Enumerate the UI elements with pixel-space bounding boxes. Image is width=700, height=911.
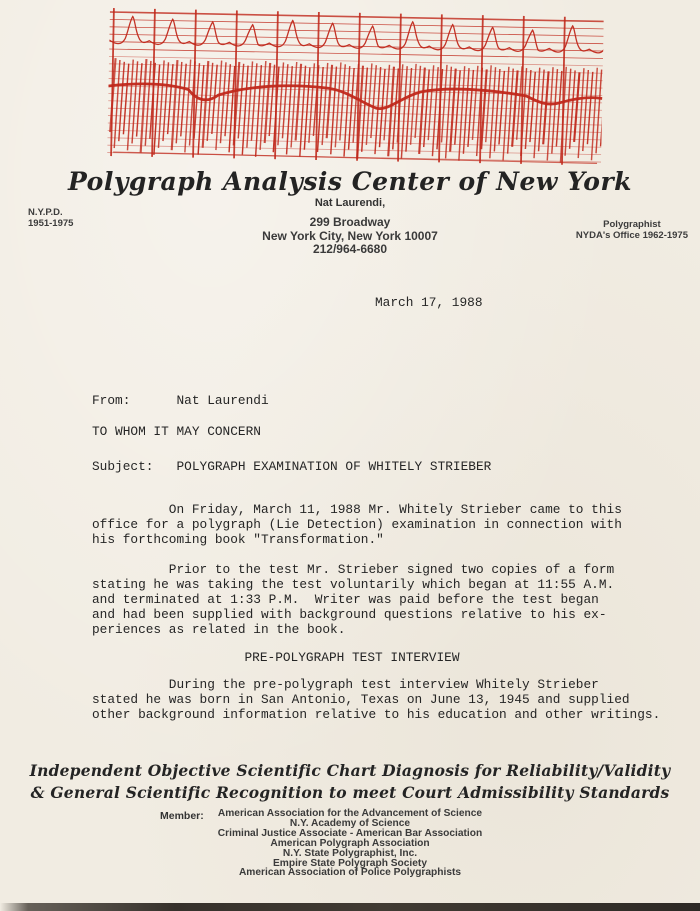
contact-name: Nat Laurendi, <box>0 197 700 209</box>
membership-list: American Association for the Advancement… <box>0 809 700 878</box>
date-line: March 17, 1988 <box>375 295 483 310</box>
salutation-line: TO WHOM IT MAY CONCERN <box>92 424 261 439</box>
membership-item: American Association of Police Polygraph… <box>0 868 700 878</box>
letter-body: From: Nat Laurendi TO WHOM IT MAY CONCER… <box>92 393 692 723</box>
footer-tagline: Independent Objective Scientific Chart D… <box>0 760 700 803</box>
org-title: Polygraph Analysis Center of New York <box>0 167 700 196</box>
polygraph-chart-strip <box>107 4 604 175</box>
nypd-credential: N.Y.P.D. 1951-1975 <box>28 207 73 229</box>
paragraph-1: On Friday, March 11, 1988 Mr. Whitely St… <box>92 502 622 547</box>
member-label: Member: <box>160 810 204 822</box>
footer-tagline-line-2: & General Scientific Recognition to meet… <box>0 782 700 804</box>
polygraph-chart-svg <box>107 4 604 175</box>
paragraph-3: During the pre-polygraph test interview … <box>92 677 660 722</box>
from-line: From: Nat Laurendi <box>92 393 269 408</box>
phone-number: 212/964-6680 <box>0 243 700 257</box>
section-heading: PRE-POLYGRAPH TEST INTERVIEW <box>92 650 612 665</box>
subject-line: Subject: POLYGRAPH EXAMINATION OF WHITEL… <box>92 459 491 474</box>
paragraph-2: Prior to the test Mr. Strieber signed tw… <box>92 562 614 637</box>
polygraphist-credential: Polygraphist NYDA's Office 1962-1975 <box>576 219 688 241</box>
scan-bottom-edge <box>0 903 700 911</box>
letterhead: Polygraph Analysis Center of New York Na… <box>0 167 700 257</box>
letter-page: Polygraph Analysis Center of New York Na… <box>0 0 700 911</box>
member-row: Member: American Association for the Adv… <box>0 809 700 878</box>
footer-tagline-line-1: Independent Objective Scientific Chart D… <box>0 760 700 782</box>
